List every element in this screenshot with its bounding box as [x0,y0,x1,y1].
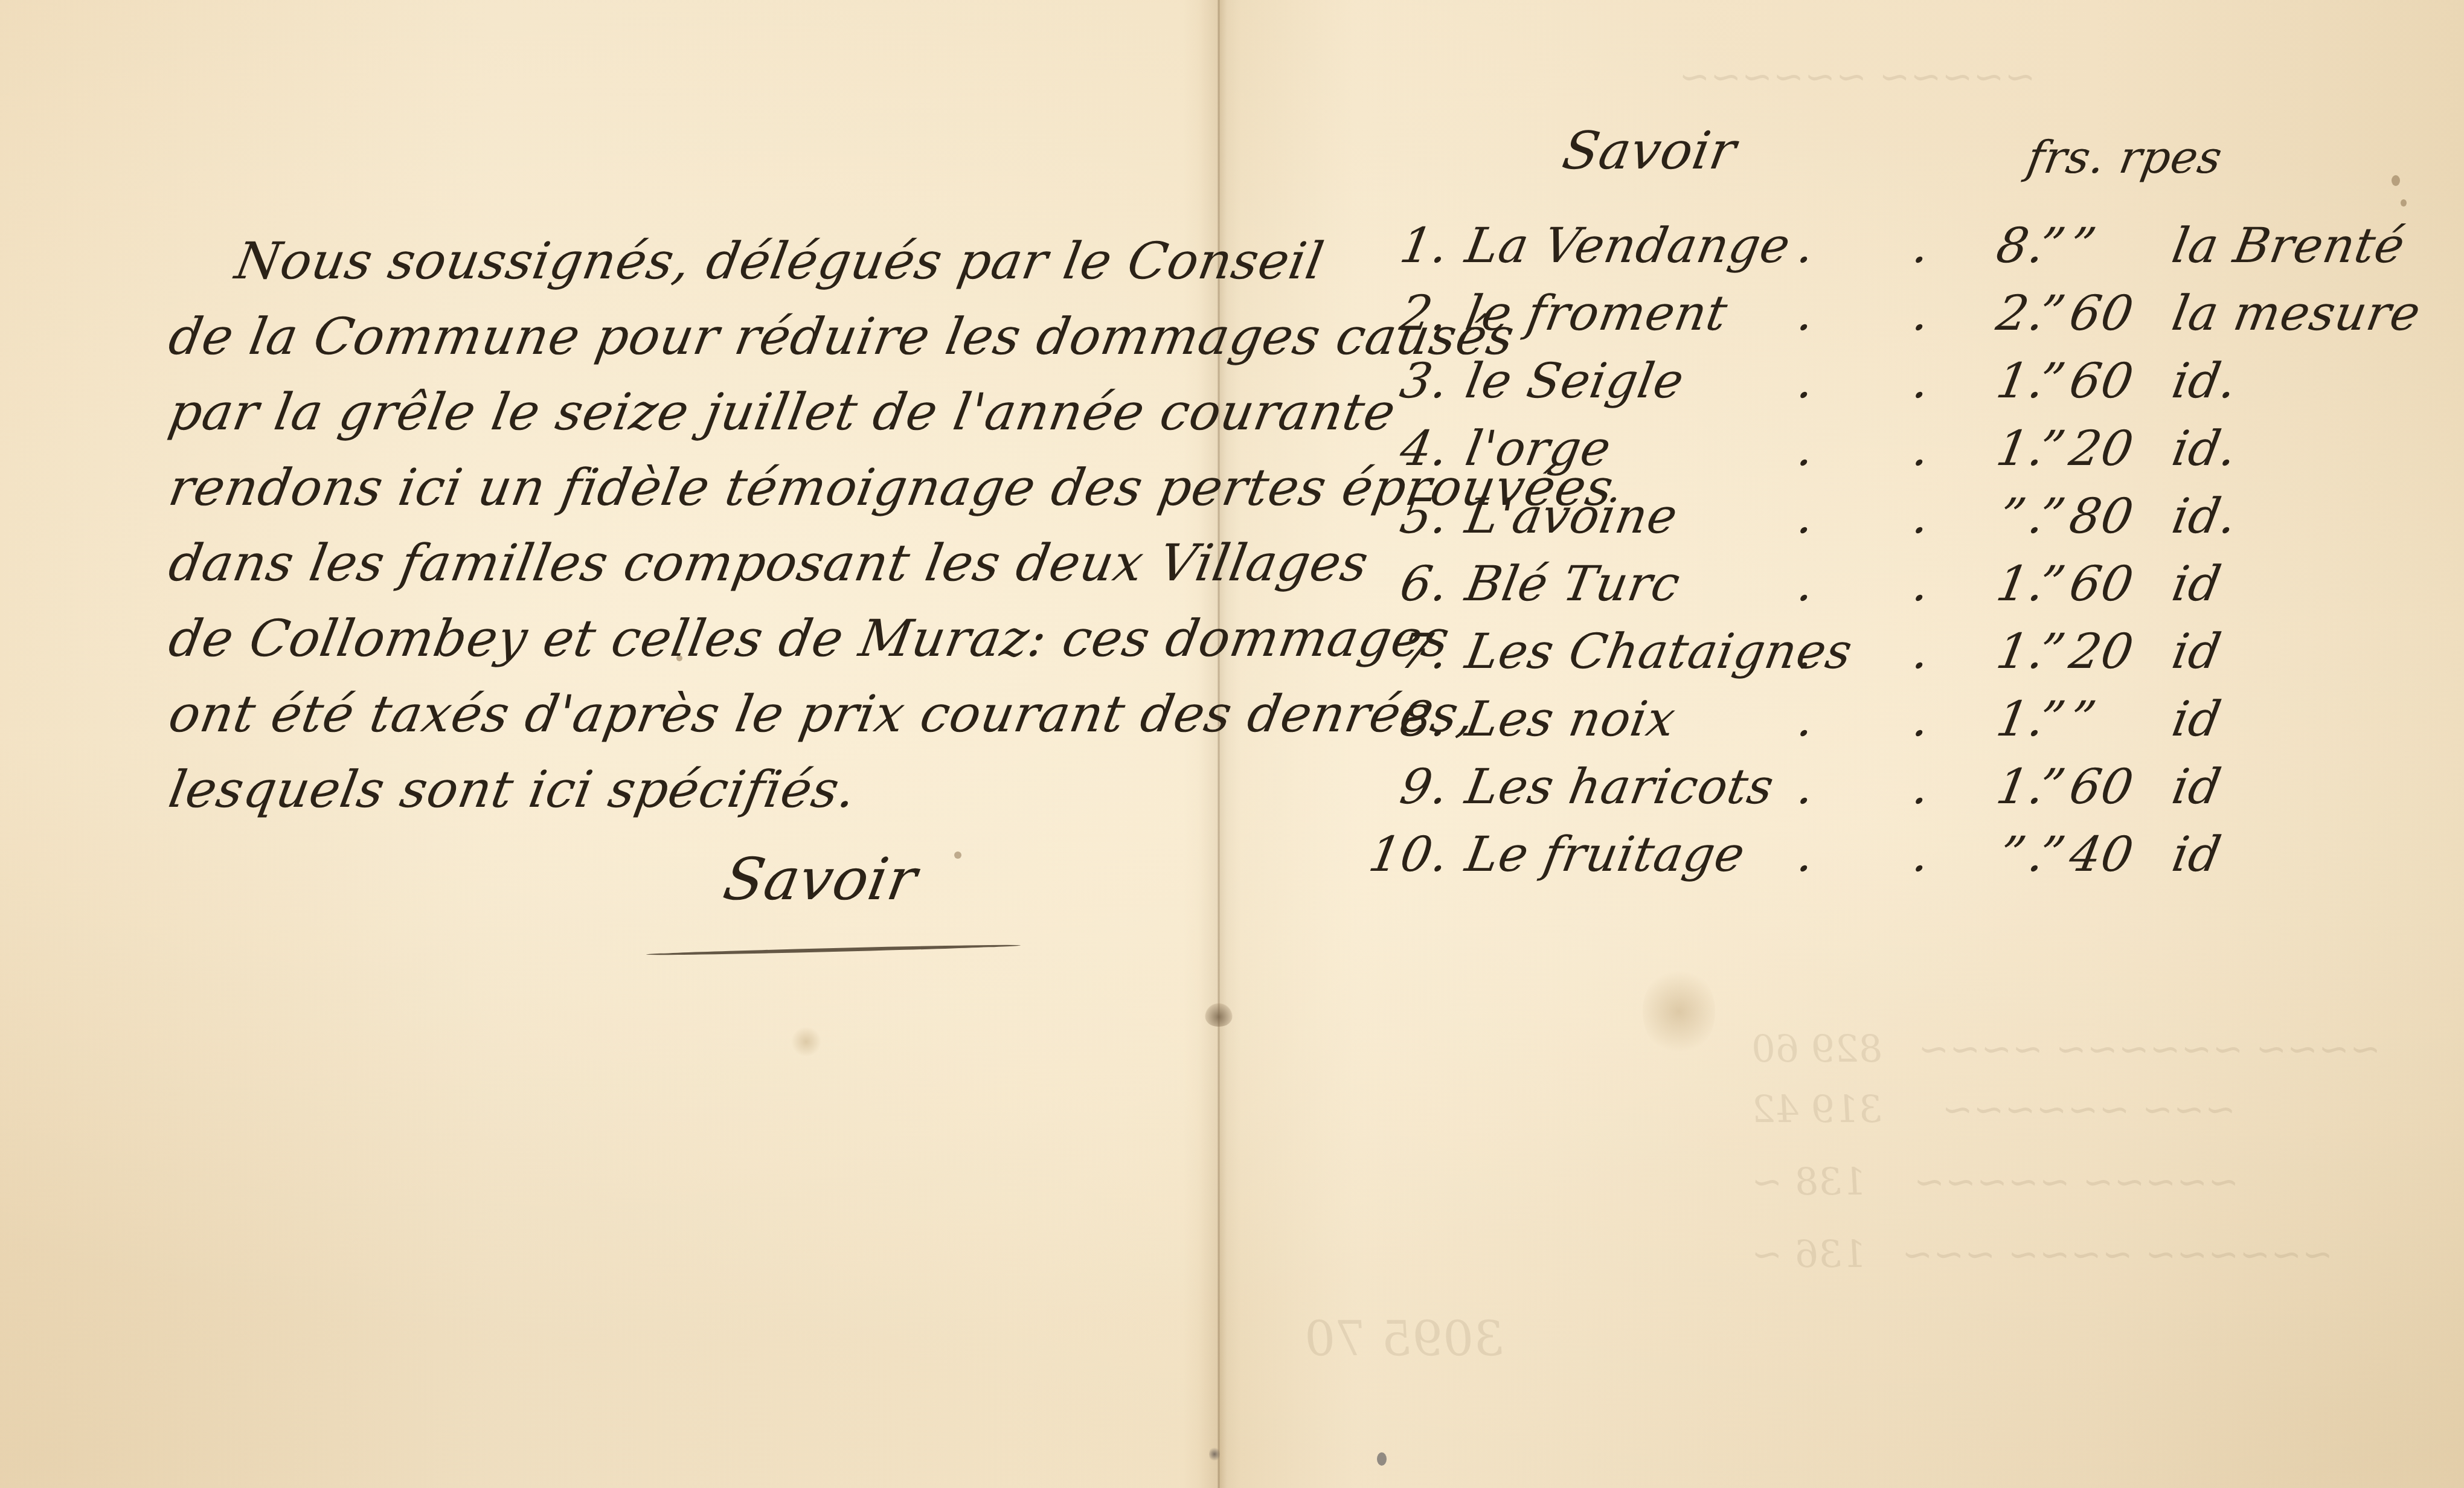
price-unit: la Brenté [2168,217,2410,274]
items-column-header: Savoir [1558,121,1741,181]
price-rappes: 80 [2065,488,2148,544]
commodity-name: Les haricots [1461,758,1779,815]
price-rappes: ” [2065,217,2148,274]
price-rappes: 20 [2065,420,2148,476]
price-value: 2”60 [1987,285,2148,341]
price-rappes: 60 [2065,556,2148,612]
price-rappes: ” [2065,691,2148,747]
price-unit: id. [2168,488,2242,544]
price-unit: id [2168,758,2225,815]
left-page: Nous soussignés, délégués par le Conseil… [0,0,1218,1488]
row-number: 3. [1365,353,1453,409]
price-row: 7. Les Chataignes . . . 1”20 id [1220,623,2464,693]
row-number: 9. [1365,758,1453,815]
price-value: ””80 [1987,488,2148,544]
price-unit: la mesure [2168,285,2425,341]
currency-column-header: frs. rpes [2023,132,2226,184]
row-number: 8. [1365,691,1453,747]
price-list-header: Savoir frs. rpes [1220,121,2464,193]
row-number: 10. [1365,826,1453,882]
signature-block: Savoir [646,845,1021,913]
price-row: 6. Blé Turc . . . 1”60 id [1220,556,2464,625]
row-number: 7. [1365,623,1453,679]
row-number: 2. [1365,285,1453,341]
price-value: 1”60 [1987,556,2148,612]
price-unit: id. [2168,420,2242,476]
price-value: 8”” [1987,217,2148,274]
price-rappes: 20 [2065,623,2148,679]
price-row: 2. le froment . . . 2”60 la mesure [1220,285,2464,354]
commodity-name: le Seigle [1461,353,1689,409]
price-value: 1”60 [1987,758,2148,815]
signature-word: Savoir [646,845,1033,913]
price-row: 8. Les noix . . . 1”” id [1220,691,2464,760]
price-row: 1. La Vendange . . . 8”” la Brenté [1220,217,2464,287]
price-unit: id [2168,556,2225,612]
commodity-name: La Vendange [1461,217,1795,274]
commodity-name: L'avoine [1461,488,1682,544]
row-number: 5. [1365,488,1453,544]
manuscript-spread: ~~~~~ ~~~~~~ ~~~~ ~~~~~~ ~~~~ 829 60 ~~~… [0,0,2464,1488]
price-rappes: 60 [2065,285,2148,341]
row-number: 1. [1365,217,1453,274]
commodity-name: le froment [1461,285,1732,341]
price-unit: id [2168,623,2225,679]
price-value: ””40 [1987,826,2148,882]
commodity-name: l'orge [1461,420,1615,476]
price-rappes: 60 [2065,758,2148,815]
price-unit: id [2168,826,2225,882]
commodity-name: Blé Turc [1461,556,1684,612]
price-row: 10. Le fruitage . . . ””40 id [1220,826,2464,896]
price-unit: id. [2168,353,2242,409]
price-rappes: 40 [2065,826,2148,882]
price-value: 1”60 [1987,353,2148,409]
row-number: 4. [1365,420,1453,476]
commodity-name: Les noix [1461,691,1680,747]
price-row: 4. l'orge . . . 1”20 id. [1220,420,2464,490]
signature-underline [646,943,1021,956]
commodity-name: Le fruitage [1461,826,1750,882]
price-unit: id [2168,691,2225,747]
price-rappes: 60 [2065,353,2148,409]
row-number: 6. [1365,556,1453,612]
price-value: 1”20 [1987,623,2148,679]
price-row: 9. Les haricots . . . 1”60 id [1220,758,2464,828]
price-value: 1”20 [1987,420,2148,476]
price-row: 5. L'avoine . . . ””80 id. [1220,488,2464,557]
price-value: 1”” [1987,691,2148,747]
right-page: Savoir frs. rpes 1. La Vendange . . . 8”… [1220,0,2464,1488]
price-row: 3. le Seigle . . . 1”60 id. [1220,353,2464,422]
